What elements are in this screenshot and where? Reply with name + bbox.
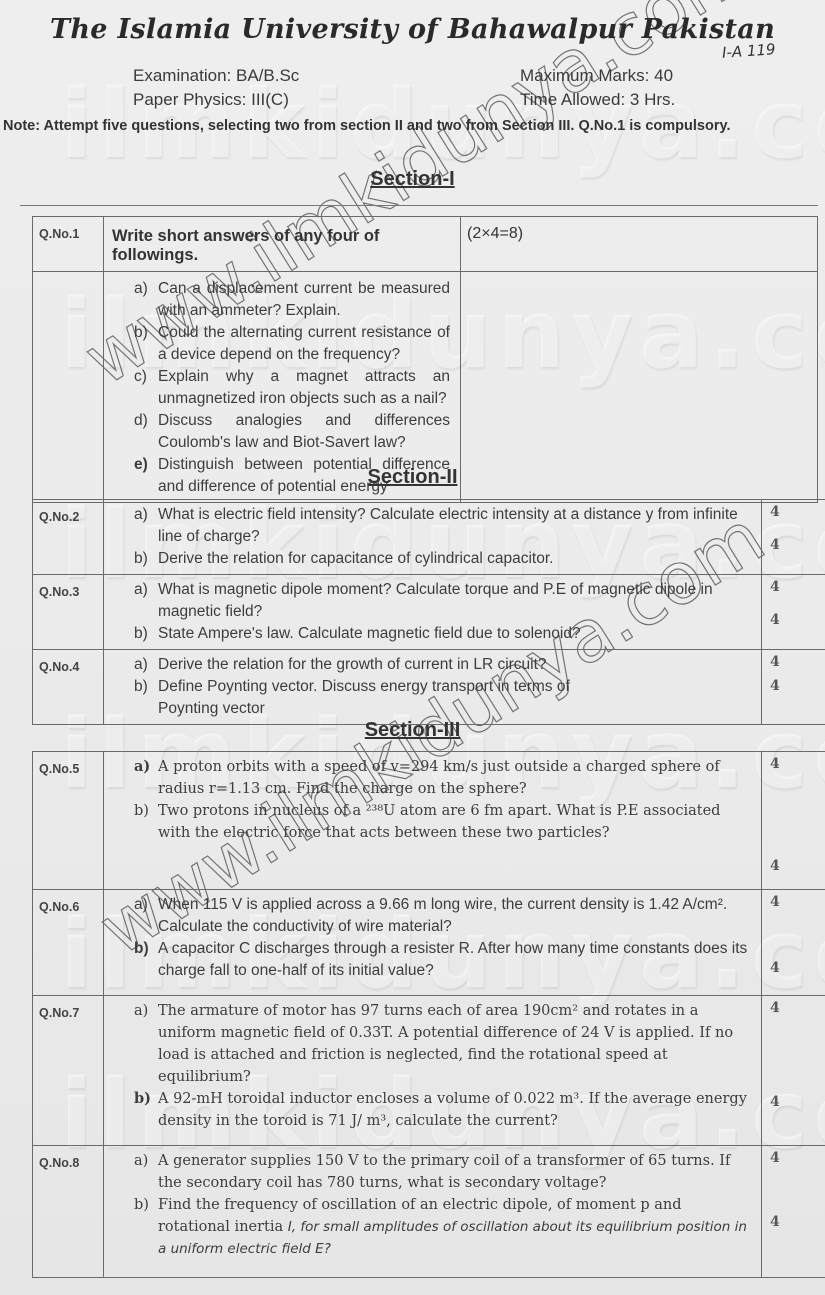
section-1-title: Section-I (0, 168, 825, 191)
question-number: Q.No.7 (33, 996, 104, 1146)
marks: 4 (770, 894, 780, 910)
part-text: Discuss analogies and differences Coulom… (158, 410, 450, 454)
university-title: The Islamia University of Bahawalpur Pak… (0, 14, 825, 45)
marks: 4 (770, 537, 780, 553)
question-row: Q.No.6 a)When 115 V is applied across a … (33, 890, 825, 996)
part-text: State Ampere's law. Calculate magnetic f… (158, 623, 751, 645)
max-marks-label: Maximum Marks: 40 (520, 66, 673, 86)
marks: 4 (770, 1150, 780, 1166)
part-text: A capacitor C discharges through a resis… (158, 938, 751, 982)
part-text: A 92-mH toroidal inductor encloses a vol… (158, 1088, 751, 1132)
part-text: What is electric field intensity? Calcul… (158, 504, 751, 548)
question-row: Q.No.4 a)Derive the relation for the gro… (33, 650, 825, 725)
question-number: Q.No.3 (33, 575, 104, 650)
time-allowed-label: Time Allowed: 3 Hrs. (520, 90, 675, 110)
handwritten-code: I-A 119 (721, 40, 776, 62)
question-number: Q.No.8 (33, 1146, 104, 1278)
question-row: Q.No.2 a)What is electric field intensit… (33, 500, 825, 575)
question-row: Q.No.8 a)A generator supplies 150 V to t… (33, 1146, 825, 1278)
section-3-table: Q.No.5 a)A proton orbits with a speed of… (32, 751, 825, 1278)
question-heading: Write short answers of any four of follo… (104, 217, 461, 272)
question-row: Q.No.3 a)What is magnetic dipole moment?… (33, 575, 825, 650)
part-text: The armature of motor has 97 turns each … (158, 1000, 751, 1088)
instructions-note: Note: Attempt five questions, selecting … (3, 116, 793, 136)
exam-paper: ilmkidunya.com ilmkidunya.com ilmkidunya… (0, 0, 825, 1295)
question-number: Q.No.4 (33, 650, 104, 725)
marks: 4 (770, 960, 780, 976)
section-2-title: Section-II (0, 466, 825, 489)
paper-label: Paper Physics: III(C) (133, 90, 289, 110)
divider (20, 205, 818, 206)
marks: 4 (770, 1094, 780, 1110)
question-row: Q.No.1 Write short answers of any four o… (33, 217, 818, 272)
marks: 4 (770, 1214, 780, 1230)
part-text: Find the frequency of oscillation of an … (158, 1194, 751, 1260)
marks: 4 (770, 678, 780, 694)
part-text: Two protons in nucleus of a ²³⁸U atom ar… (158, 800, 751, 844)
question-marks: (2×4=8) (461, 217, 818, 272)
section-3-title: Section-III (0, 719, 825, 742)
question-number: Q.No.6 (33, 890, 104, 996)
part-text: Can a displacement current be measured w… (158, 278, 450, 322)
marks: 4 (770, 858, 780, 874)
part-text: Derive the relation for capacitance of c… (158, 548, 751, 570)
question-number: Q.No.1 (33, 217, 104, 272)
question-number: Q.No.2 (33, 500, 104, 575)
part-text: Explain why a magnet attracts an unmagne… (158, 366, 450, 410)
question-row: Q.No.5 a)A proton orbits with a speed of… (33, 752, 825, 890)
part-text: What is magnetic dipole moment? Calculat… (158, 579, 751, 623)
marks: 4 (770, 1000, 780, 1016)
marks: 4 (770, 756, 780, 772)
part-text: When 115 V is applied across a 9.66 m lo… (158, 894, 751, 938)
marks: 4 (770, 504, 780, 520)
question-row: Q.No.7 a)The armature of motor has 97 tu… (33, 996, 825, 1146)
marks: 4 (770, 612, 780, 628)
section-2-table: Q.No.2 a)What is electric field intensit… (32, 499, 825, 725)
section-1-table: Q.No.1 Write short answers of any four o… (32, 216, 818, 503)
part-text: Define Poynting vector. Discuss energy t… (158, 676, 751, 720)
part-text: A generator supplies 150 V to the primar… (158, 1150, 751, 1194)
marks: 4 (770, 579, 780, 595)
part-text: Could the alternating current resistance… (158, 322, 450, 366)
question-number: Q.No.5 (33, 752, 104, 890)
marks: 4 (770, 654, 780, 670)
part-text: A proton orbits with a speed of v=294 km… (158, 756, 751, 800)
examination-label: Examination: BA/B.Sc (133, 66, 299, 86)
part-text: Derive the relation for the growth of cu… (158, 654, 751, 676)
